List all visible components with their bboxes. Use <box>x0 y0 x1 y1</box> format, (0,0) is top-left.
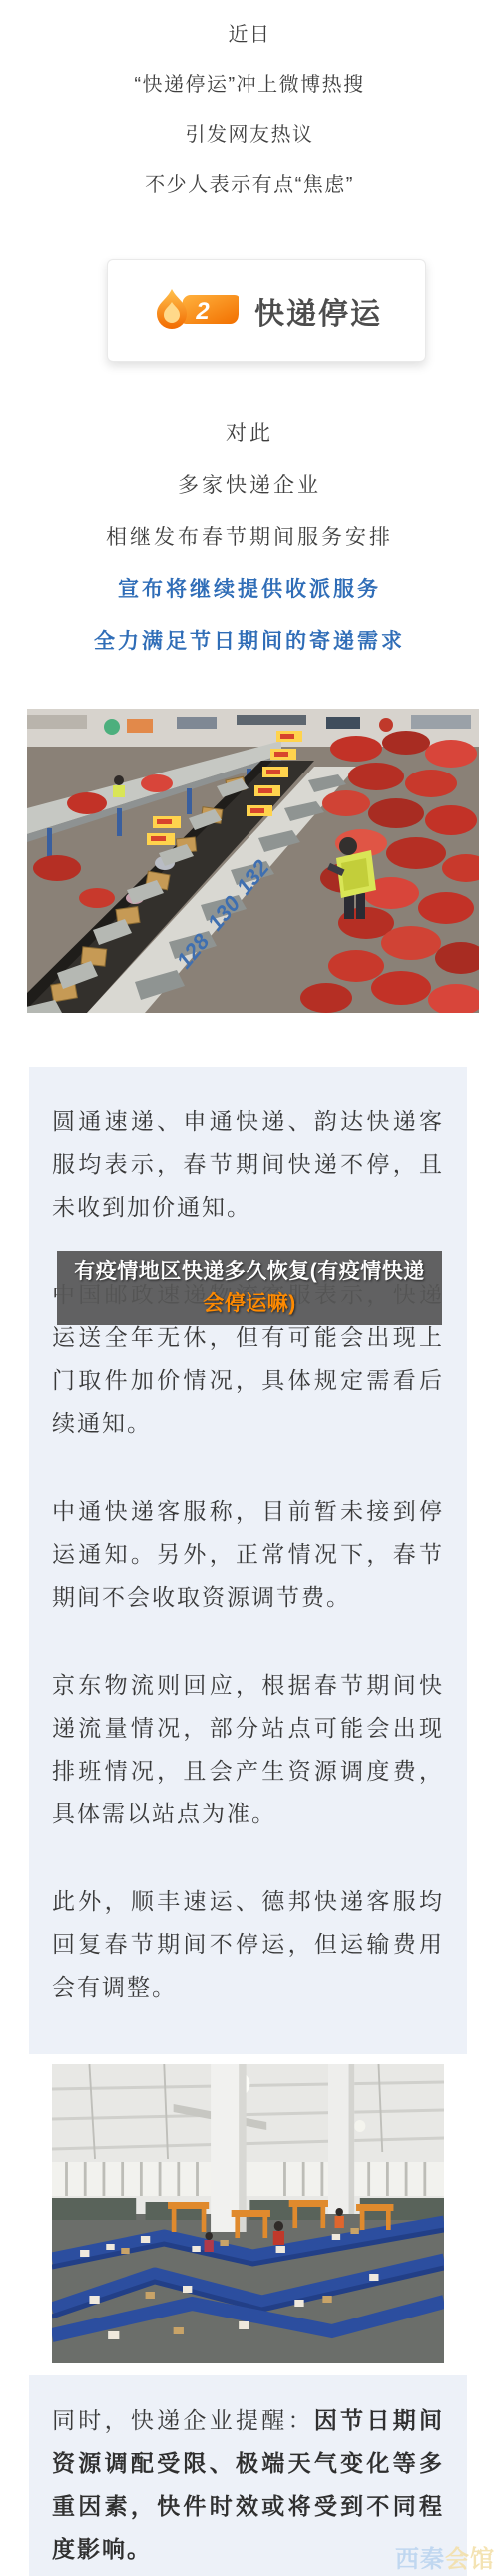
article-paragraph: 京东物流则回应，根据春节期间快递流量情况，部分站点可能会出现排班情况，且会产生资… <box>52 1664 444 1835</box>
announce-line: 对此 <box>0 408 499 460</box>
photo-sorting-center: 128 130 132 <box>27 709 479 1013</box>
announce-line: 相继发布春节期间服务安排 <box>0 512 499 564</box>
overlay-title-line1: 有疫情地区快递多久恢复(有疫情快递 <box>61 1255 438 1288</box>
photo-warehouse-frame <box>29 2054 467 2375</box>
final-paragraph-prefix: 同时，快递企业提醒： <box>52 2407 314 2433</box>
warehouse-illustration <box>52 2064 444 2363</box>
article-page: 近日 “快递停运”冲上微博热搜 引发网友热议 不少人表示有点“焦虑” <box>0 0 499 2576</box>
intro-line: 近日 <box>0 10 499 60</box>
article-paragraph: 此外，顺丰速运、德邦快递客服均回复春节期间不停运，但运输费用会有调整。 <box>52 1880 444 2009</box>
hot-topic-label: 快递停运 <box>254 289 382 333</box>
announce-line-highlight: 全力满足节日期间的寄递需求 <box>0 616 499 668</box>
hot-search-card: 2 快递停运 <box>107 259 426 362</box>
hot-rank-number: 2 <box>195 298 210 325</box>
announce-line-highlight: 宣布将继续提供收派服务 <box>0 564 499 616</box>
overlay-watermark-title: 有疫情地区快递多久恢复(有疫情快递 会停运嘛) <box>57 1251 442 1325</box>
hot-flame-rank-badge: 2 <box>151 286 239 335</box>
intro-section: 近日 “快递停运”冲上微博热搜 引发网友热议 不少人表示有点“焦虑” <box>0 10 499 210</box>
sorting-center-illustration: 128 130 132 <box>27 709 479 1013</box>
intro-line: 引发网友热议 <box>0 110 499 160</box>
flame-icon: 2 <box>151 286 239 330</box>
corner-watermark: 西秦会馆 <box>395 2539 495 2574</box>
intro-line: 不少人表示有点“焦虑” <box>0 160 499 210</box>
corner-watermark-part2: 会馆 <box>445 2546 495 2573</box>
article-paragraph-final: 同时，快递企业提醒：因节日期间资源调配受限、极端天气变化等多重因素，快件时效或将… <box>52 2399 444 2571</box>
corner-watermark-part1: 西秦 <box>395 2546 445 2573</box>
overlay-title-line2: 会停运嘛) <box>61 1288 438 1320</box>
photo-warehouse <box>52 2064 444 2363</box>
intro-line: “快递停运”冲上微博热搜 <box>0 60 499 110</box>
article-paragraph: 圆通速递、申通快递、韵达快递客服均表示，春节期间快递不停，且未收到加价通知。 <box>52 1100 444 1229</box>
announcement-section: 对此 多家快递企业 相继发布春节期间服务安排 宣布将继续提供收派服务 全力满足节… <box>0 408 499 668</box>
announce-line: 多家快递企业 <box>0 460 499 512</box>
article-paragraph: 中通快递客服称，目前暂未接到停运通知。另外，正常情况下，春节期间不会收取资源调节… <box>52 1490 444 1619</box>
